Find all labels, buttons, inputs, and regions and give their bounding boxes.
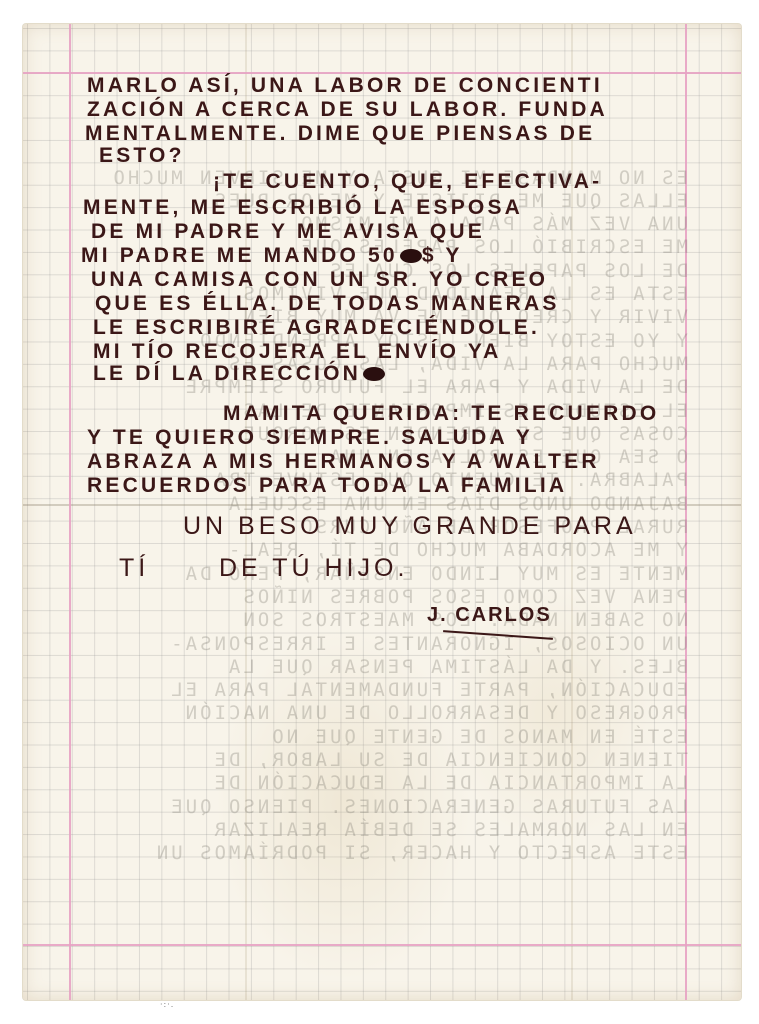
letter-line: ESTO? bbox=[99, 144, 185, 168]
margin-line-right bbox=[685, 24, 687, 1000]
signature: J. CARLOS bbox=[427, 604, 552, 627]
letter-line: RECUERDOS PARA TODA LA FAMILIA bbox=[87, 474, 567, 498]
letter-sheet: ES NO MANDASE MI GUSTA Y ME SIRVEN MUCHO… bbox=[23, 24, 741, 1000]
letter-text: LE DÍ LA DIRECCIÓN bbox=[93, 362, 361, 385]
closing-line: DE TÚ HIJO. bbox=[219, 554, 408, 583]
letter-line: ABRAZA A MIS HERMANOS Y A WALTER bbox=[87, 450, 600, 474]
ink-blot bbox=[400, 249, 422, 263]
letter-line: MI PADRE ME MANDO 50$ Y bbox=[81, 244, 463, 268]
letter-line: MENTALMENTE. DIME QUE PIENSAS DE bbox=[85, 122, 595, 146]
letter-line: ZACIÓN A CERCA DE SU LABOR. FUNDA bbox=[87, 98, 608, 122]
letter-line: MI TÍO RECOJERA EL ENVÍO YA bbox=[93, 340, 501, 364]
letter-line: LE ESCRIBIRÉ AGRADECIÉNDOLE. bbox=[93, 316, 540, 340]
letter-line: MAMITA QUERIDA: TE RECUERDO bbox=[223, 402, 659, 426]
ink-blot bbox=[363, 367, 385, 381]
margin-line-bottom bbox=[23, 944, 741, 946]
letter-line: DE MI PADRE Y ME AVISA QUE bbox=[91, 220, 485, 244]
letter-line: UNA CAMISA CON UN SR. YO CREO bbox=[91, 268, 548, 292]
fold-crease-horizontal bbox=[23, 504, 741, 506]
closing-line: TÍ bbox=[119, 554, 149, 583]
paper-stain bbox=[213, 624, 473, 984]
letter-line: LE DÍ LA DIRECCIÓN bbox=[93, 362, 385, 386]
closing-line: UN BESO MUY GRANDE PARA bbox=[183, 512, 637, 541]
letter-line: ¡TE CUENTO, QUE, EFECTIVA- bbox=[213, 170, 602, 194]
letter-line: MENTE, ME ESCRIBIÓ LA ESPOSA bbox=[83, 196, 523, 220]
letter-line: QUE ES ÉLLA. DE TODAS MANERAS bbox=[95, 292, 560, 316]
letter-line: MARLO ASÍ, UNA LABOR DE CONCIENTI bbox=[87, 74, 603, 98]
letter-text: MI PADRE ME MANDO 50 bbox=[81, 244, 398, 267]
letter-text: $ Y bbox=[422, 244, 463, 267]
margin-line-left bbox=[69, 24, 71, 1000]
letter-line: Y TE QUIERO SIEMPRE. SALUDA Y bbox=[87, 426, 533, 450]
scan-artifact: ·:·. bbox=[160, 1000, 174, 1009]
